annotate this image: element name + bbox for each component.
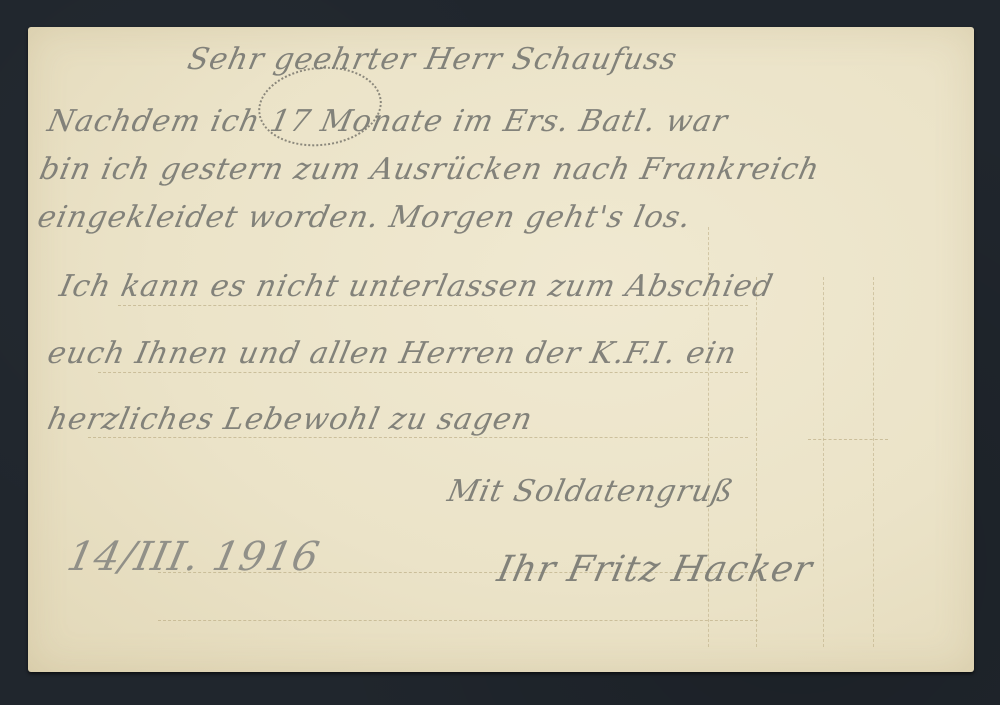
letter-line-5: euch Ihnen und allen Herren der K.F.I. e… [45,339,740,369]
letter-line-1: Nachdem ich 17 Monate im Ers. Batl. war [45,107,731,137]
ruled-line [88,437,748,438]
letter-line-6: herzliches Lebewohl zu sagen [45,405,536,435]
closing: Mit Soldatengruß [445,477,737,507]
ruled-line [158,620,758,621]
signature: Ihr Fritz Hacker [494,552,816,588]
ruled-column [756,277,757,647]
letter-line-2: bin ich gestern zum Ausrücken nach Frank… [37,155,823,185]
ruled-line [808,439,888,440]
letter-line-4: Ich kann es nicht unterlassen zum Abschi… [57,272,776,302]
postcard: Sehr geehrter Herr Schaufuss Nachdem ich… [28,27,974,672]
salutation: Sehr geehrter Herr Schaufuss [185,45,680,75]
letter-line-3: eingekleidet worden. Morgen geht's los. [35,203,694,233]
ruled-line [98,372,748,373]
ruled-column [823,277,824,647]
ruled-line [118,305,748,306]
ruled-column [873,277,874,647]
date: 14/III. 1916 [64,537,324,577]
